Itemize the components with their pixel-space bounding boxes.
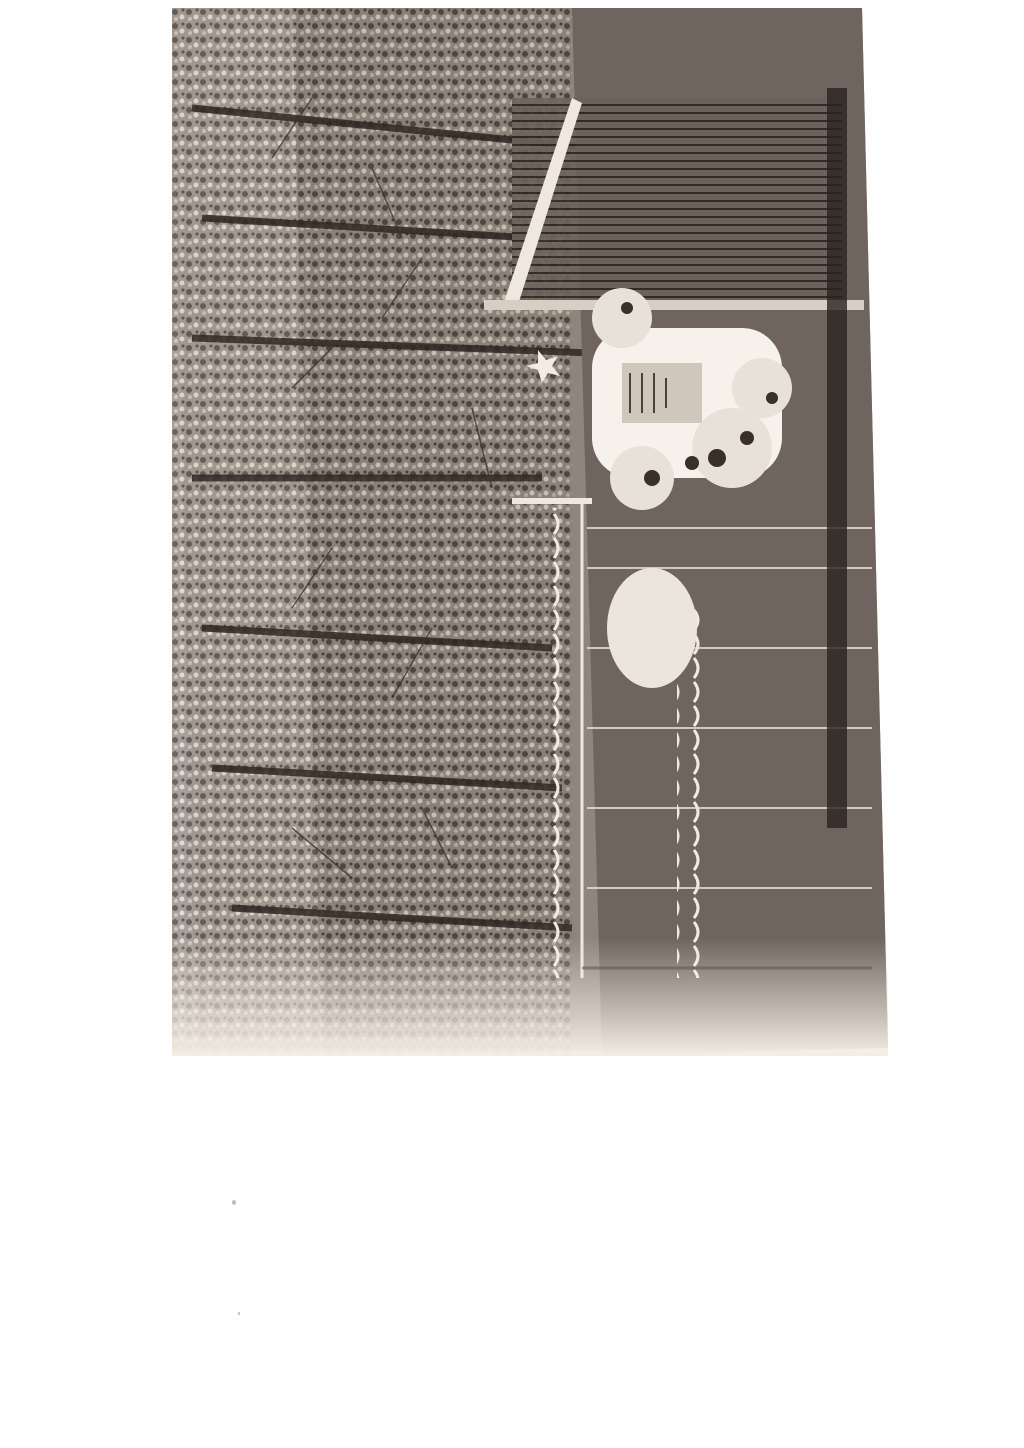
photo-illustration	[172, 8, 888, 1056]
scanned-page	[0, 0, 1024, 1448]
memorial-photograph	[172, 8, 888, 1056]
paper-speck	[232, 1200, 236, 1205]
paper-speck	[238, 1312, 240, 1315]
